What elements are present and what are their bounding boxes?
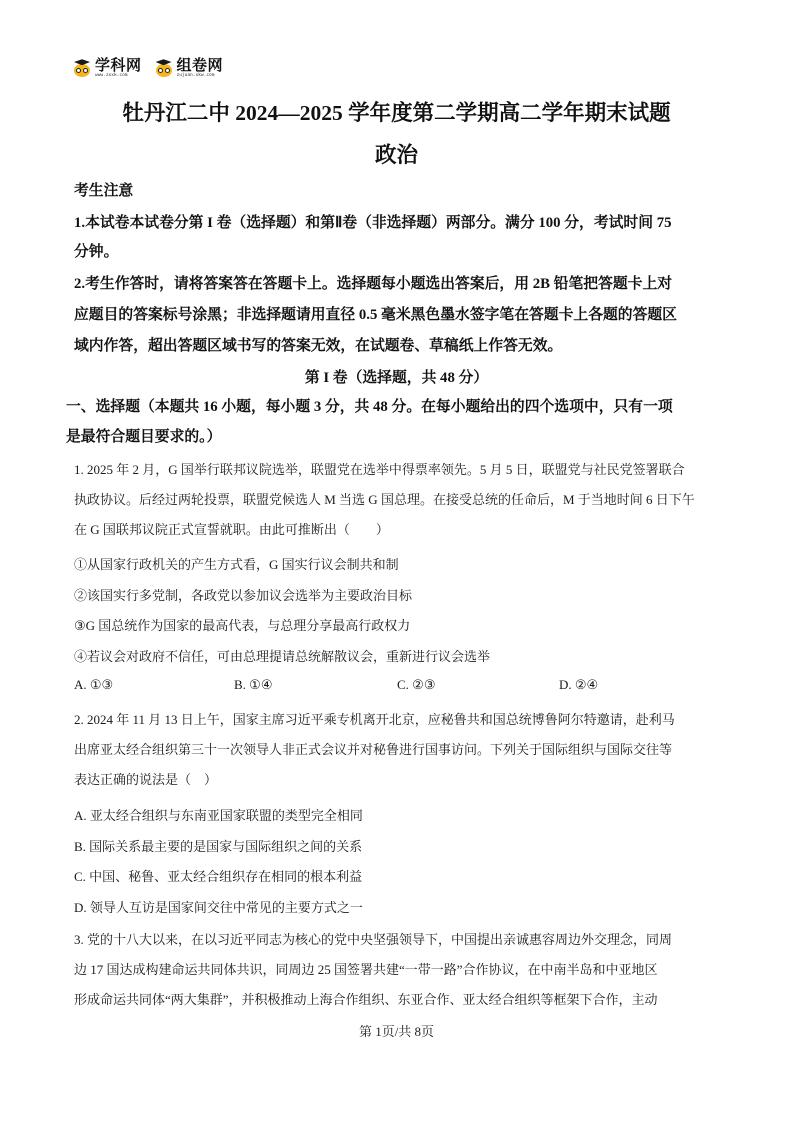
logo-zxxk: 学科网 www.zxxk.com (72, 58, 142, 79)
logo-name: 学科网 (95, 58, 142, 73)
exam-page: 学科网 www.zxxk.com 组卷网 zujuan.xkw.com 牡丹江二… (0, 0, 793, 1122)
question-1-stem: 在 G 国联邦议院正式宣誓就职。由此可推断出（ ） (74, 519, 389, 538)
option-a[interactable]: A. ①③ (74, 677, 113, 693)
notice-line: 1.本试卷本试卷分第 I 卷（选择题）和第Ⅱ卷（非选择题）两部分。满分 100 … (74, 211, 672, 232)
section-instructions: 是最符合题目要求的。） (66, 425, 221, 446)
exam-title: 牡丹江二中 2024—2025 学年度第二学期高二学年期末试题 (0, 96, 793, 127)
question-1-statement: ③G 国总统作为国家的最高代表，与总理分享最高行政权力 (74, 615, 410, 634)
mascot-icon (72, 59, 92, 77)
question-3-stem: 边 17 国达成构建命运共同体共识，同周边 25 国签署共建“一带一路”合作协议… (74, 959, 658, 978)
section-instructions: 一、选择题（本题共 16 小题，每小题 3 分，共 48 分。在每小题给出的四个… (66, 395, 673, 416)
header-logos: 学科网 www.zxxk.com 组卷网 zujuan.xkw.com (72, 58, 223, 79)
exam-subject: 政治 (0, 138, 793, 169)
mascot-icon (154, 59, 174, 77)
question-2-stem: 2. 2024 年 11 月 13 日上午，国家主席习近平乘专机离开北京，应秘鲁… (74, 709, 675, 728)
question-2-stem: 表达正确的说法是（ ） (74, 769, 217, 788)
question-2-option-d[interactable]: D. 领导人互访是国家间交往中常见的主要方式之一 (74, 897, 363, 916)
section-title: 第 I 卷（选择题，共 48 分） (0, 366, 793, 387)
logo-subtext: zujuan.xkw.com (177, 74, 224, 79)
option-d[interactable]: D. ②④ (559, 677, 598, 693)
question-1-statement: ②该国实行多党制，各政党以参加议会选举为主要政治目标 (74, 585, 412, 604)
question-3-stem: 形成命运共同体“两大集群”，并积极推动上海合作组织、东亚合作、亚太经合组织等框架… (74, 989, 658, 1008)
question-1-statement: ④若议会对政府不信任，可由总理提请总统解散议会，重新进行议会选举 (74, 646, 490, 665)
notice-line: 2.考生作答时，请将答案答在答题卡上。选择题每小题选出答案后，用 2B 铅笔把答… (74, 272, 672, 293)
notice-line: 应题目的答案标号涂黑；非选择题请用直径 0.5 毫米黑色墨水签字笔在答题卡上各题… (74, 303, 677, 324)
option-c[interactable]: C. ②③ (397, 677, 435, 693)
question-2-option-b[interactable]: B. 国际关系最主要的是国家与国际组织之间的关系 (74, 836, 362, 855)
logo-zujuan: 组卷网 zujuan.xkw.com (154, 58, 224, 79)
logo-subtext: www.zxxk.com (95, 74, 142, 79)
question-2-option-c[interactable]: C. 中国、秘鲁、亚太经合组织存在相同的根本利益 (74, 866, 362, 885)
logo-name: 组卷网 (177, 58, 224, 73)
notice-heading: 考生注意 (74, 179, 133, 200)
question-2-stem: 出席亚太经合组织第三十一次领导人非正式会议并对秘鲁进行国事访问。下列关于国际组织… (74, 739, 672, 758)
question-1-stem: 1. 2025 年 2 月，G 国举行联邦议院选举，联盟党在选举中得票率领先。5… (74, 459, 685, 478)
option-b[interactable]: B. ①④ (234, 677, 272, 693)
question-2-option-a[interactable]: A. 亚太经合组织与东南亚国家联盟的类型完全相同 (74, 805, 363, 824)
question-3-stem: 3. 党的十八大以来，在以习近平同志为核心的党中央坚强领导下，中国提出亲诚惠容周… (74, 929, 672, 948)
question-1-stem: 执政协议。后经过两轮投票，联盟党候选人 M 当选 G 国总理。在接受总统的任命后… (74, 489, 695, 508)
notice-line: 域内作答，超出答题区域书写的答案无效，在试题卷、草稿纸上作答无效。 (74, 334, 562, 355)
question-1-statement: ①从国家行政机关的产生方式看，G 国实行议会制共和制 (74, 554, 399, 573)
notice-line: 分钟。 (74, 240, 118, 261)
page-indicator: 第 1页/共 8页 (0, 1021, 793, 1040)
